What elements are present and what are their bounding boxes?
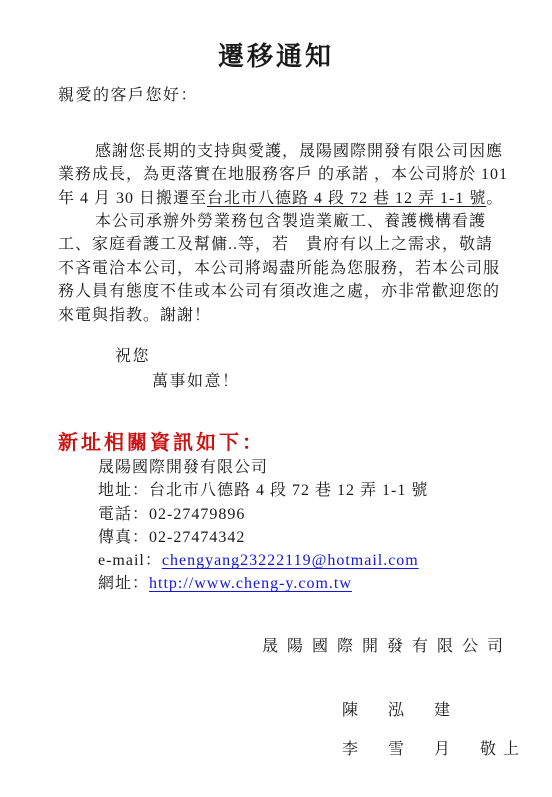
relocation-address-underlined: 台北市八德路 4 段 72 巷 12 弄 1-1 號 [207, 190, 486, 207]
new-address-heading: 新址相關資訊如下： [58, 426, 265, 455]
relocation-notice-page: 遷移通知 親愛的客戶您好： 感謝您長期的支持與愛護，晟陽國際開發有限公司因應 業… [0, 0, 552, 797]
signature-company-name: 晟 陽 國 際 開 發 有 限 公 司 [262, 633, 506, 656]
blessing-block: 祝您 萬事如意！ [115, 345, 240, 394]
paragraph-line: 年 4 月 30 日搬遷至台北市八德路 4 段 72 巷 12 弄 1-1 號。 [58, 187, 508, 210]
contact-address: 地址：台北市八德路 4 段 72 巷 12 弄 1-1 號 [98, 479, 428, 502]
blessing-line-1: 祝您 [115, 345, 240, 370]
email-label: e-mail： [98, 552, 162, 569]
paragraph-line: 工、家庭看護工及幫傭..等，若 貴府有以上之需求，敬請 [58, 233, 500, 256]
paragraph-2: 本公司承辦外勞業務包含製造業廠工、養護機構看護 工、家庭看護工及幫傭..等，若 … [58, 210, 500, 327]
blessing-line-2: 萬事如意！ [115, 370, 240, 395]
contact-fax: 傳真：02-27474342 [98, 526, 428, 549]
contact-website-row: 網址：http://www.cheng-y.com.tw [98, 572, 428, 595]
contact-email-row: e-mail：chengyang23222119@hotmail.com [98, 549, 428, 572]
contact-phone: 電話：02-27479896 [98, 503, 428, 526]
signatory-name-1: 陳 泓 建 [342, 697, 457, 720]
email-link[interactable]: chengyang23222119@hotmail.com [162, 552, 419, 569]
document-title: 遷移通知 [0, 36, 552, 73]
contact-company-name: 晟陽國際開發有限公司 [98, 456, 428, 479]
signatory-name-2: 李 雪 月 敬上 [342, 736, 526, 759]
website-label: 網址： [98, 575, 149, 592]
sentence-period: 。 [486, 190, 503, 207]
paragraph-line: 本公司承辦外勞業務包含製造業廠工、養護機構看護 [58, 210, 500, 233]
paragraph-line: 務人員有態度不佳或本公司有須改進之處，亦非常歡迎您的 [58, 280, 500, 303]
paragraph-line: 業務成長，為更落實在地服務客戶 的承諾 ，本公司將於 101 [58, 163, 508, 186]
paragraph-line: 不吝電洽本公司，本公司將竭盡所能為您服務，若本公司服 [58, 257, 500, 280]
contact-info-block: 晟陽國際開發有限公司 地址：台北市八德路 4 段 72 巷 12 弄 1-1 號… [98, 456, 428, 596]
relocation-date-text: 年 4 月 30 日搬遷至 [58, 190, 207, 207]
paragraph-line: 來電與指教。謝謝！ [58, 304, 500, 327]
website-link[interactable]: http://www.cheng-y.com.tw [149, 575, 352, 592]
salutation: 親愛的客戶您好： [58, 82, 198, 105]
paragraph-line: 感謝您長期的支持與愛護，晟陽國際開發有限公司因應 [58, 140, 508, 163]
paragraph-1: 感謝您長期的支持與愛護，晟陽國際開發有限公司因應 業務成長，為更落實在地服務客戶… [58, 140, 508, 210]
